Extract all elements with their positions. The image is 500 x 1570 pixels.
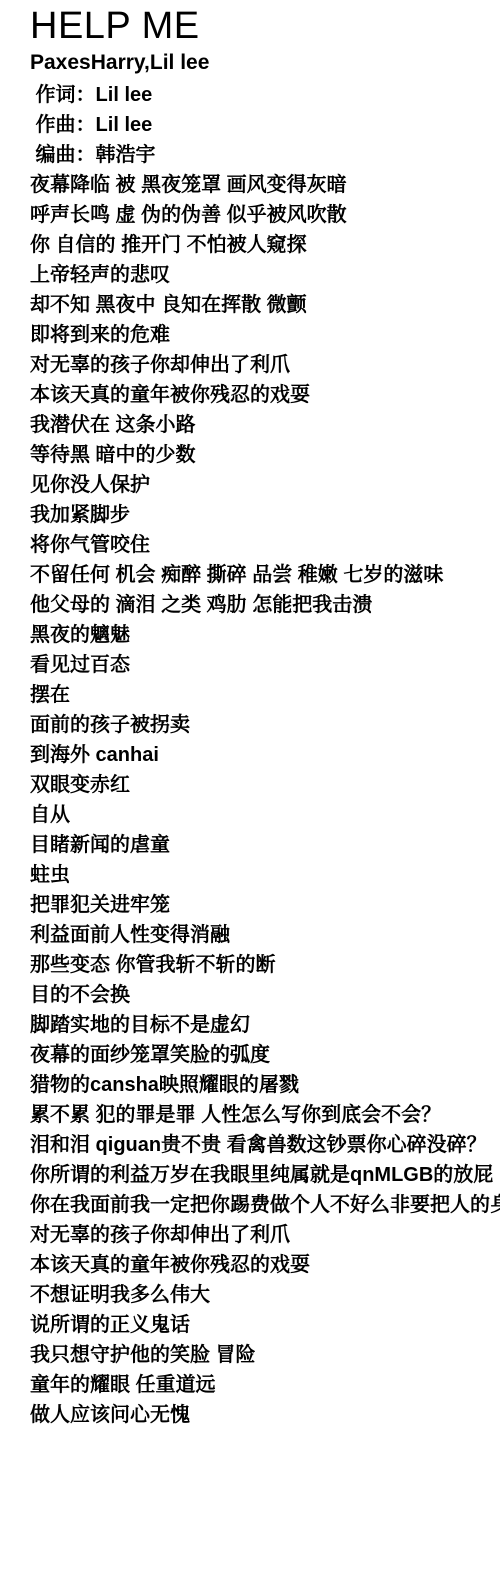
lyric-line: 夜幕的面纱笼罩笑脸的弧度	[30, 1040, 500, 1070]
lyric-line: 说所谓的正义鬼话	[30, 1310, 500, 1340]
credit-line: 作曲：Lil lee	[30, 110, 500, 140]
lyric-line: 本该天真的童年被你残忍的戏耍	[30, 1250, 500, 1280]
lyric-line: 那些变态 你管我斩不斩的断	[30, 950, 500, 980]
lyric-line: 黑夜的魑魅	[30, 620, 500, 650]
lyric-line: 不留任何 机会 痴醉 撕碎 品尝 稚嫩 七岁的滋味	[30, 560, 500, 590]
lyric-line: 自从	[30, 800, 500, 830]
lyric-line: 你所谓的利益万岁在我眼里纯属就是qnMLGB的放屁	[30, 1160, 500, 1190]
lyric-line: 目的不会换	[30, 980, 500, 1010]
lyric-line: 双眼变赤红	[30, 770, 500, 800]
lyric-line: 童年的耀眼 任重道远	[30, 1370, 500, 1400]
lyric-line: 泪和泪 qiguan贵不贵 看禽兽数这钞票你心碎没碎？	[30, 1130, 500, 1160]
lyric-line: 累不累 犯的罪是罪 人性怎么写你到底会不会？	[30, 1100, 500, 1130]
lyric-line: 不想证明我多么伟大	[30, 1280, 500, 1310]
lyrics-block: 夜幕降临 被 黑夜笼罩 画风变得灰暗呼声长鸣 虚 伪的伪善 似乎被风吹散你 自信…	[30, 170, 500, 1430]
credit-line: 编曲：韩浩宇	[30, 140, 500, 170]
credit-line: 作词：Lil lee	[30, 80, 500, 110]
lyric-line: 却不知 黑夜中 良知在挥散 微颤	[30, 290, 500, 320]
lyric-line: 他父母的 滴泪 之类 鸡肋 怎能把我击溃	[30, 590, 500, 620]
lyric-line: 把罪犯关进牢笼	[30, 890, 500, 920]
lyric-line: 我加紧脚步	[30, 500, 500, 530]
lyric-line: 猎物的cansha映照耀眼的屠戮	[30, 1070, 500, 1100]
lyric-line: 上帝轻声的悲叹	[30, 260, 500, 290]
lyric-line: 你 自信的 推开门 不怕被人窥探	[30, 230, 500, 260]
lyric-line: 看见过百态	[30, 650, 500, 680]
lyric-line: 对无辜的孩子你却伸出了利爪	[30, 1220, 500, 1250]
lyric-line: 摆在	[30, 680, 500, 710]
lyric-line: 夜幕降临 被 黑夜笼罩 画风变得灰暗	[30, 170, 500, 200]
song-artists: PaxesHarry,Lil lee	[30, 50, 500, 76]
credits-block: 作词：Lil lee 作曲：Lil lee 编曲：韩浩宇	[30, 80, 500, 170]
lyric-line: 做人应该问心无愧	[30, 1400, 500, 1430]
lyric-line: 本该天真的童年被你残忍的戏耍	[30, 380, 500, 410]
lyric-line: 我潜伏在 这条小路	[30, 410, 500, 440]
lyric-line: 脚踏实地的目标不是虚幻	[30, 1010, 500, 1040]
lyrics-page: HELP ME PaxesHarry,Lil lee 作词：Lil lee 作曲…	[0, 0, 500, 1570]
lyric-line: 面前的孩子被拐卖	[30, 710, 500, 740]
lyric-line: 利益面前人性变得消融	[30, 920, 500, 950]
lyric-line: 到海外 canhai	[30, 740, 500, 770]
lyrics-text-block: 作词：Lil lee 作曲：Lil lee 编曲：韩浩宇 夜幕降临 被 黑夜笼罩…	[30, 80, 500, 1430]
lyric-line: 呼声长鸣 虚 伪的伪善 似乎被风吹散	[30, 200, 500, 230]
lyric-line: 即将到来的危难	[30, 320, 500, 350]
lyric-line: 你在我面前我一定把你踢费做个人不好么非要把人的身	[30, 1190, 500, 1220]
lyric-line: 蛀虫	[30, 860, 500, 890]
song-title: HELP ME	[30, 2, 500, 50]
lyric-line: 等待黑 暗中的少数	[30, 440, 500, 470]
lyric-line: 将你气管咬住	[30, 530, 500, 560]
lyric-line: 见你没人保护	[30, 470, 500, 500]
lyric-line: 目睹新闻的虐童	[30, 830, 500, 860]
lyric-line: 我只想守护他的笑脸 冒险	[30, 1340, 500, 1370]
lyric-line: 对无辜的孩子你却伸出了利爪	[30, 350, 500, 380]
